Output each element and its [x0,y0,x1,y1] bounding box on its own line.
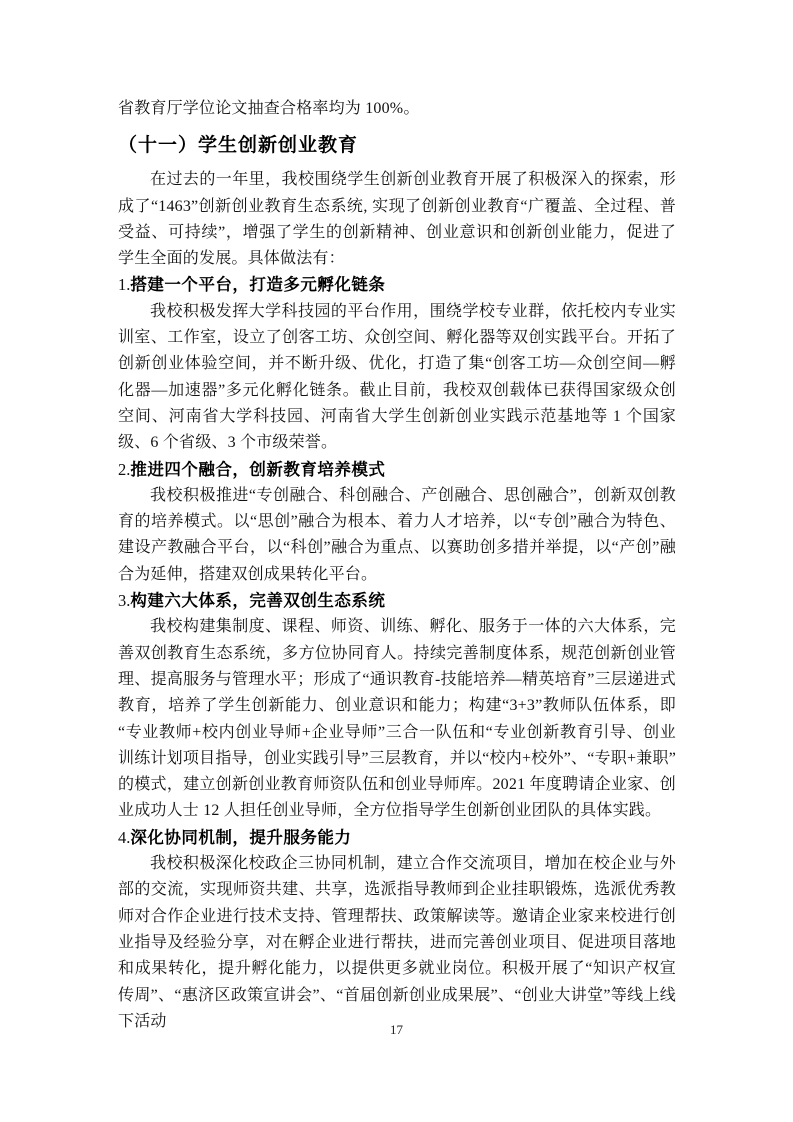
subsection-1-number: 1. [118,275,130,294]
paragraph-continuation: 省教育厅学位论文抽查合格率均为 100%。 [118,96,676,122]
subsection-2-heading: 2.推进四个融合，创新教育培养模式 [118,457,676,483]
subsection-4-heading: 4.深化协同机制，提升服务能力 [118,825,676,851]
section-heading: （十一）学生创新创业教育 [118,129,676,163]
subsection-4-title: 深化协同机制，提升服务能力 [130,829,351,847]
page-number: 17 [0,1022,793,1038]
subsection-2-title: 推进四个融合，创新教育培养模式 [130,461,385,479]
subsection-1-body: 我校积极发挥大学科技园的平台作用，围绕学校专业群，依托校内专业实训室、工作室，设… [118,299,676,457]
subsection-3-heading: 3.构建六大体系，完善双创生态系统 [118,588,676,614]
subsection-3-number: 3. [118,591,130,610]
document-page: 省教育厅学位论文抽查合格率均为 100%。 （十一）学生创新创业教育 在过去的一… [0,0,793,1122]
subsection-4-number: 4. [118,828,130,847]
lead-paragraph: 在过去的一年里，我校围绕学生创新创业教育开展了积极深入的探索，形成了“1463”… [118,167,676,272]
subsection-3-title: 构建六大体系，完善双创生态系统 [130,592,385,610]
subsection-2-number: 2. [118,460,130,479]
subsection-4-body: 我校积极深化校政企三协同机制，建立合作交流项目，增加在校企业与外部的交流，实现师… [118,851,676,1035]
subsection-1-heading: 1.搭建一个平台，打造多元孵化链条 [118,272,676,298]
subsection-1-title: 搭建一个平台，打造多元孵化链条 [130,276,385,294]
subsection-3-body: 我校构建集制度、课程、师资、训练、孵化、服务于一体的六大体系，完善双创教育生态系… [118,614,676,824]
subsection-2-body: 我校积极推进“专创融合、科创融合、产创融合、思创融合”，创新双创教育的培养模式。… [118,483,676,588]
